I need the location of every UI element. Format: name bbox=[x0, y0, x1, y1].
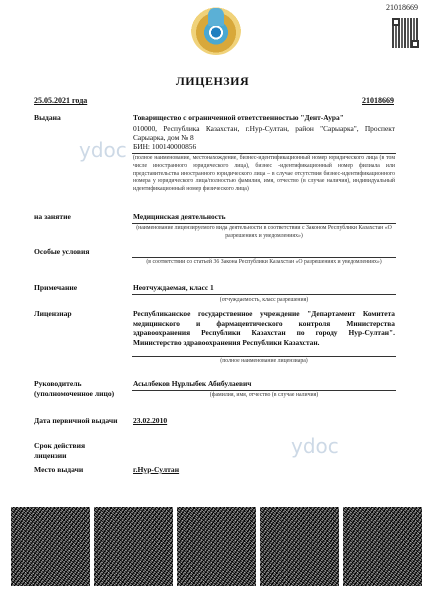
emblem-shanyrak-icon bbox=[208, 8, 224, 26]
activity-value: Медицинская деятельность bbox=[133, 212, 395, 221]
remark-label: Примечание bbox=[34, 283, 77, 292]
barcode-2-icon bbox=[94, 507, 173, 586]
activity-note: (наименование лицензируемого вида деятел… bbox=[132, 225, 396, 240]
remark-value: Неотчуждаемая, класс 1 bbox=[133, 283, 395, 292]
place-value: г.Нур-Султан bbox=[133, 465, 179, 474]
watermark: ydoc bbox=[291, 434, 339, 458]
qr-code-icon bbox=[392, 18, 419, 48]
activity-label: на занятие bbox=[34, 212, 71, 221]
head-name: Асылбеков Нұрлыбек Абибулаевич bbox=[133, 379, 395, 388]
issue-date: 25.05.2021 года bbox=[34, 96, 87, 105]
divider bbox=[132, 153, 396, 154]
head-note: (фамилия, имя, отчество (в случае наличи… bbox=[132, 392, 396, 400]
licensor-label: Лицензиар bbox=[34, 309, 72, 318]
divider bbox=[132, 257, 396, 258]
special-conditions-note: (в соответствии со статьей 36 Закона Рес… bbox=[132, 259, 396, 267]
special-conditions-label: Особые условия bbox=[34, 247, 89, 256]
barcode-1-icon bbox=[11, 507, 90, 586]
watermark: ydoc bbox=[79, 138, 127, 162]
first-issue-label: Дата первичной выдачи bbox=[34, 416, 118, 425]
first-issue-date: 23.02.2010 bbox=[133, 416, 167, 425]
divider bbox=[132, 390, 396, 391]
divider bbox=[132, 223, 396, 224]
licensee-name: Товарищество с ограниченной ответственно… bbox=[133, 113, 395, 122]
barcode-4-icon bbox=[260, 507, 339, 586]
barcode-5-icon bbox=[343, 507, 422, 586]
remark-note: (отчуждаемость, класс разрешения) bbox=[132, 297, 396, 305]
licensor-note: (полное наименование лицензиара) bbox=[132, 358, 396, 366]
head-sublabel: (уполномоченное лицо) bbox=[34, 389, 114, 398]
barcode-3-icon bbox=[177, 507, 256, 586]
divider bbox=[132, 356, 396, 357]
issued-to-label: Выдана bbox=[34, 113, 61, 122]
licensor-value: Республиканское государственное учрежден… bbox=[133, 309, 395, 347]
top-doc-number: 21018669 bbox=[386, 3, 418, 12]
divider bbox=[132, 294, 396, 295]
licensee-address: 010000, Республика Казахстан, г.Нур-Султ… bbox=[133, 124, 395, 142]
document-title: ЛИЦЕНЗИЯ bbox=[0, 74, 425, 89]
place-label: Место выдачи bbox=[34, 465, 83, 474]
validity-label: Срок действия bbox=[34, 441, 85, 450]
validity-sublabel: лицензии bbox=[34, 451, 67, 460]
licensee-note: (полное наименование, местонахождение, б… bbox=[133, 155, 395, 194]
licensee-bin: БИН: 100140000856 bbox=[133, 142, 395, 151]
registration-number: 21018669 bbox=[362, 96, 394, 105]
head-label: Руководитель bbox=[34, 379, 82, 388]
